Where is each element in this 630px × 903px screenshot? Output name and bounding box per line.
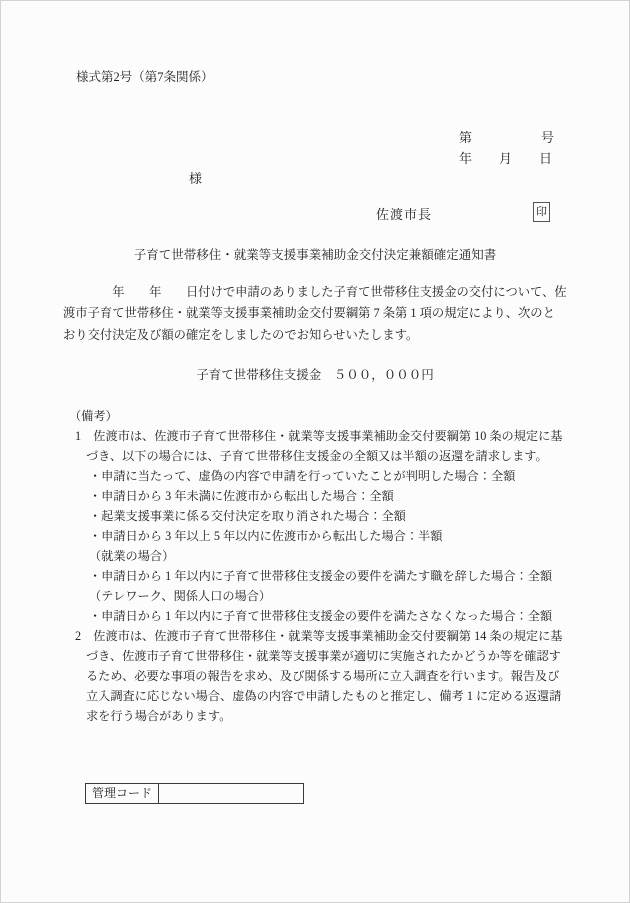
doc-number-suffix: 号 bbox=[541, 127, 554, 146]
admin-code-label: 管理コード bbox=[86, 784, 159, 803]
doc-number-prefix: 第 bbox=[459, 127, 472, 146]
admin-code-value bbox=[159, 784, 303, 803]
remark-line: ・起業支援事業に係る交付決定を取り消された場合：全額 bbox=[89, 506, 593, 526]
remark-line: （備考） bbox=[69, 406, 593, 426]
remark-line: ・申請日から 1 年以内に子育て世帯移住支援金の要件を満たす職を辞した場合：全額 bbox=[89, 566, 593, 586]
seal-placeholder-box: 印 bbox=[533, 202, 550, 222]
remark-line: （就業の場合） bbox=[89, 546, 593, 566]
remark-line: （テレワーク、関係人口の場合） bbox=[89, 586, 593, 606]
subsidy-amount: 子育て世帯移住支援金 ５００，０００円 bbox=[1, 365, 629, 383]
remark-line: ・申請日から 3 年未満に佐渡市から転出した場合：全額 bbox=[89, 486, 593, 506]
form-number-label: 様式第2号（第7条関係） bbox=[76, 67, 214, 85]
body-line: おり交付決定及び額の確定をしましたのでお知らせいたします。 bbox=[63, 325, 583, 346]
date-day-label: 日 bbox=[539, 148, 552, 167]
remarks-section: （備考）1 佐渡市は、佐渡市子育て世帯移住・就業等支援事業補助金交付要綱第 10… bbox=[63, 406, 593, 726]
notice-document: 様式第2号（第7条関係） 第 号 年 月 日 様 佐渡市長 印 子育て世帯移住・… bbox=[0, 0, 630, 903]
document-title: 子育て世帯移住・就業等支援事業補助金交付決定兼額確定通知書 bbox=[1, 245, 629, 263]
body-line: 渡市子育て世帯移住・就業等支援事業補助金交付要綱第 7 条第 1 項の規定により… bbox=[63, 303, 583, 324]
date-month-label: 月 bbox=[499, 148, 512, 167]
date-year-label: 年 bbox=[459, 148, 472, 167]
body-paragraph: 年 年 日付けで申請のありました子育て世帯移住支援金の交付について、佐渡市子育て… bbox=[63, 282, 583, 346]
addressee-honorific: 様 bbox=[189, 168, 202, 187]
issuer-name: 佐渡市長 bbox=[376, 204, 432, 223]
remark-line: るため、必要な事項の報告を求め、及び関係する場所に立入調査を行います。報告及び bbox=[86, 666, 593, 686]
remark-line: 求を行う場合があります。 bbox=[86, 706, 593, 726]
remark-line: ・申請日から 1 年以内に子育て世帯移住支援金の要件を満たさなくなった場合：全額 bbox=[89, 606, 593, 626]
remark-line: づき、佐渡市子育て世帯移住・就業等支援事業が適切に実施されたかどうか等を確認す bbox=[86, 646, 593, 666]
remark-line: 1 佐渡市は、佐渡市子育て世帯移住・就業等支援事業補助金交付要綱第 10 条の規… bbox=[75, 426, 593, 446]
body-line: 年 年 日付けで申請のありました子育て世帯移住支援金の交付について、佐 bbox=[63, 282, 583, 303]
remark-line: ・申請に当たって、虚偽の内容で申請を行っていたことが判明した場合：全額 bbox=[89, 466, 593, 486]
remark-line: ・申請日から 3 年以上 5 年以内に佐渡市から転出した場合：半額 bbox=[89, 526, 593, 546]
admin-code-table: 管理コード bbox=[85, 783, 304, 804]
remark-line: づき、以下の場合には、子育て世帯移住支援金の全額又は半額の返還を請求します。 bbox=[86, 446, 593, 466]
remark-line: 立入調査に応じない場合、虚偽の内容で申請したものと推定し、備考 1 に定める返還… bbox=[86, 686, 593, 706]
remark-line: 2 佐渡市は、佐渡市子育て世帯移住・就業等支援事業補助金交付要綱第 14 条の規… bbox=[75, 626, 593, 646]
